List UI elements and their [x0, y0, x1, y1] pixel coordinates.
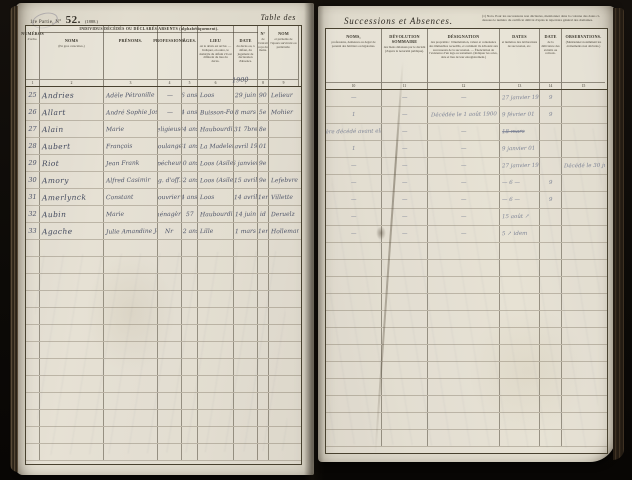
column-number: 9 — [269, 79, 298, 86]
cell — [234, 393, 258, 409]
cell — [500, 294, 540, 310]
cell: Aubin — [40, 206, 104, 222]
cell: Marie — [104, 206, 158, 222]
column-header: DATESet numéros des déclarations de succ… — [500, 29, 540, 89]
column-number: 10 — [326, 82, 381, 89]
cell — [258, 359, 269, 375]
cell — [326, 362, 382, 378]
edition-year: (1888.) — [85, 19, 98, 24]
cell — [540, 379, 562, 395]
handwritten-entry: — — [402, 231, 408, 237]
cell — [382, 311, 428, 327]
cell: 9 février 01 — [500, 107, 540, 123]
column-number: 12 — [428, 82, 499, 89]
cell — [40, 274, 104, 290]
cell: 8e — [258, 121, 269, 137]
handwritten-entry: — 6 — — [502, 197, 520, 203]
handwritten-entry: 31 — [28, 193, 36, 201]
handwritten-entry: Agache — [42, 226, 73, 236]
cell — [158, 376, 182, 392]
cell: 14 avril — [234, 189, 258, 205]
cell — [40, 257, 104, 273]
cell: 18 mars — [500, 124, 540, 140]
handwritten-entry: 28 — [28, 142, 36, 150]
cell: Nr — [158, 223, 182, 239]
handwritten-entry: — — [461, 146, 467, 152]
cell: — — [382, 209, 428, 225]
cell: 30 — [26, 172, 40, 188]
cell — [326, 379, 382, 395]
cell — [382, 294, 428, 310]
cell: 6 janvier — [234, 155, 258, 171]
handwritten-entry: père décédé avant elle — [326, 128, 382, 135]
cell — [26, 325, 40, 341]
handwritten-entry: Nr — [165, 227, 173, 234]
column-header: DATEde la délivrance des extraits ou ren… — [540, 29, 562, 89]
handwritten-entry: Jean Frank — [106, 159, 140, 167]
column-number: 6 — [198, 79, 233, 86]
cell — [258, 240, 269, 256]
cell — [428, 294, 500, 310]
table-row: père décédé avant elle——18 mars — [326, 124, 607, 141]
cell — [326, 328, 382, 344]
cell: 9e — [258, 172, 269, 188]
cell: 15 avril — [234, 172, 258, 188]
cell — [269, 376, 299, 392]
cell: 27 janvier 1901 — [500, 158, 540, 174]
handwritten-entry: Haubourdin — [200, 210, 234, 218]
handwritten-entry: 8 mars — [235, 108, 256, 115]
column-sublabel: (Mentionner notamment les événements non… — [562, 40, 605, 49]
cell — [182, 444, 198, 460]
cell — [182, 240, 198, 256]
cell: 4 ans — [182, 189, 198, 205]
handwritten-entry: Buisson-Fontaine — [200, 108, 234, 116]
handwritten-entry: 5e — [259, 108, 267, 115]
column-number: 3 — [104, 79, 157, 86]
handwritten-entry: 4 ans — [182, 193, 198, 200]
column-sublabel: de la délivrance des extraits ou renvois… — [540, 40, 561, 56]
masthead-left: 1re Partie, N° 52. (1888.) Table des — [30, 10, 308, 24]
title-right-fragment: Successions et Absences. — [344, 16, 453, 26]
cell: 32 — [26, 206, 40, 222]
handwritten-entry: g. d'off. — [158, 176, 181, 183]
cell: Julie Amandine Joseph — [104, 223, 158, 239]
cell — [40, 308, 104, 324]
cell — [540, 430, 562, 446]
handwritten-entry: 13 avril 1901 — [234, 142, 258, 150]
cell: 9 — [540, 107, 562, 123]
cell — [562, 107, 605, 123]
handwritten-entry: pécheur — [158, 159, 182, 167]
table-row: 27AlainMariereligieuse84 ansHaubourdin31… — [26, 121, 301, 138]
cell — [182, 359, 198, 375]
table-row: ———27 janvier 19019 — [326, 90, 607, 107]
cell: — — [158, 87, 182, 103]
cell: — — [382, 226, 428, 242]
handwritten-entry: — — [461, 95, 467, 101]
cell: Holleman — [269, 223, 299, 239]
handwritten-entry: 5 ↗ idem — [502, 231, 527, 237]
cell — [500, 311, 540, 327]
column-sublabel: de l'extrait reçu du maire. — [257, 37, 269, 53]
cell: 1 mars — [234, 223, 258, 239]
cell — [104, 308, 158, 324]
handwritten-entry: id — [260, 210, 266, 217]
cell — [428, 260, 500, 276]
table-row-empty — [326, 362, 607, 379]
table-row-empty — [26, 257, 301, 274]
cell — [562, 141, 605, 157]
cell — [562, 260, 605, 276]
cell: — — [326, 158, 382, 174]
table-row-empty — [326, 430, 607, 447]
handwritten-entry: religieuse — [158, 125, 182, 133]
handwritten-entry: 15 août ↗ — [502, 214, 530, 220]
column-label: ÂGES. — [183, 39, 196, 44]
cell — [40, 325, 104, 341]
cell: boulanger — [158, 138, 182, 154]
cell — [269, 325, 299, 341]
cell — [40, 291, 104, 307]
cell — [258, 308, 269, 324]
cell: 31 7bre — [234, 121, 258, 137]
cell — [198, 325, 234, 341]
cell — [382, 277, 428, 293]
column-header: PRÉNOMS.3 — [104, 26, 158, 86]
cell — [562, 192, 605, 208]
cell — [562, 379, 605, 395]
cell — [104, 427, 158, 443]
cell — [326, 260, 382, 276]
handwritten-entry: Aubin — [42, 209, 66, 218]
cell — [198, 393, 234, 409]
cell — [326, 294, 382, 310]
cell — [198, 359, 234, 375]
cell — [40, 444, 104, 460]
cell — [234, 342, 258, 358]
cell — [562, 226, 605, 242]
cell: 29 juin — [234, 87, 258, 103]
cell: — — [382, 158, 428, 174]
handwritten-entry: 61 ans — [182, 142, 198, 149]
handwritten-entry: 9 février 01 — [502, 112, 535, 119]
table-row: ———5 ↗ idem — [326, 226, 607, 243]
cell — [234, 291, 258, 307]
cell: 27 — [26, 121, 40, 137]
page-stack-edge-left — [10, 6, 18, 472]
cell — [104, 410, 158, 426]
cell: Alfred Casimir — [104, 172, 158, 188]
cell: Amory — [40, 172, 104, 188]
cell — [428, 362, 500, 378]
column-label: DÉVOLUTION SOMMAIRE — [382, 35, 427, 45]
cell — [198, 240, 234, 256]
handwritten-entry: — — [461, 163, 467, 169]
table-row: 28AubertFrançoisboulanger61 ansLa Madele… — [26, 138, 301, 155]
handwritten-entry: Adèle Pétronille — [106, 91, 155, 99]
cell: 9e — [258, 155, 269, 171]
table-row-empty — [326, 345, 607, 362]
handwritten-entry: — — [461, 231, 467, 237]
cell: 15 août ↗ — [500, 209, 540, 225]
cell — [182, 427, 198, 443]
cell — [182, 257, 198, 273]
table-header: NUMÉROSd'ordre.1NOMS(En gros caractères.… — [26, 26, 301, 87]
column-number: 13 — [500, 82, 539, 89]
handwritten-entry: 4 ans — [182, 108, 198, 115]
handwritten-entry: — — [461, 197, 467, 203]
cell — [326, 311, 382, 327]
column-number: 1 — [26, 79, 39, 86]
handwritten-entry: 29 juin — [235, 91, 256, 98]
handwritten-entry: Décédé le 30 juin 1901 — [564, 162, 605, 169]
cell — [258, 376, 269, 392]
cell — [40, 342, 104, 358]
cell: — — [428, 192, 500, 208]
cell: Constant — [104, 189, 158, 205]
register-page-right: Successions et Absences. (1) Nota. Pour … — [318, 6, 616, 462]
column-sublabel: et numéros des déclarations de successio… — [500, 40, 539, 49]
cell: 90 — [258, 87, 269, 103]
cell: 28 — [26, 138, 40, 154]
handwritten-entry: Haubourdin — [200, 125, 234, 133]
handwritten-entry: Lefebvre — [271, 176, 298, 184]
table-row-empty — [326, 311, 607, 328]
cell — [500, 396, 540, 412]
cell: Andries — [40, 87, 104, 103]
column-number: 11 — [382, 82, 427, 89]
cell — [562, 328, 605, 344]
cell: ouvrier — [158, 189, 182, 205]
cell — [198, 444, 234, 460]
right-table: NOMS,professions, demeures ou degré de p… — [325, 28, 608, 454]
handwritten-entry: 8e — [259, 125, 267, 132]
cell — [269, 410, 299, 426]
cell — [158, 393, 182, 409]
cell — [258, 291, 269, 307]
cell: — 6 — — [500, 175, 540, 191]
cell — [562, 396, 605, 412]
cell — [269, 138, 299, 154]
cell — [500, 430, 540, 446]
cell — [382, 430, 428, 446]
cell — [500, 243, 540, 259]
cell — [540, 243, 562, 259]
handwritten-entry: — — [402, 197, 408, 203]
cell: Villette — [269, 189, 299, 205]
cell — [258, 257, 269, 273]
handwritten-entry: 33 — [28, 227, 36, 235]
handwritten-entry: — 6 — — [502, 180, 520, 186]
cell: 29 — [26, 155, 40, 171]
cell: Adèle Pétronille — [104, 87, 158, 103]
cell: Amerlynck — [40, 189, 104, 205]
table-row: 32AubinMarieménagère57Haubourdin14 juini… — [26, 206, 301, 223]
handwritten-entry: 42 ans — [182, 227, 198, 234]
cell: 40 ans — [182, 155, 198, 171]
handwritten-entry: 29 — [28, 159, 36, 167]
cell — [562, 124, 605, 140]
cell — [562, 209, 605, 225]
column-header: NOMS(En gros caractères.)2 — [40, 26, 104, 86]
handwritten-entry: Alain — [42, 124, 64, 133]
handwritten-entry: Loos (Asile) — [200, 159, 234, 167]
handwritten-entry: 9 janvier 01 — [502, 146, 535, 153]
handwritten-entry: — — [351, 231, 357, 237]
column-number: 15 — [562, 82, 605, 89]
cell — [562, 243, 605, 259]
cell: — — [326, 90, 382, 106]
column-sublabel: où le décès est arrivé. — Indiquer, en o… — [198, 44, 233, 64]
cell — [198, 291, 234, 307]
cell: — — [428, 158, 500, 174]
cell: — — [382, 107, 428, 123]
cell — [382, 260, 428, 276]
cell — [26, 342, 40, 358]
cell — [500, 277, 540, 293]
cell — [540, 362, 562, 378]
cell: 9 janvier 01 — [500, 141, 540, 157]
table-row: 25AndriesAdèle Pétronille—6 ansLoos29 ju… — [26, 87, 301, 104]
cell: — — [428, 209, 500, 225]
cell — [269, 359, 299, 375]
cell — [326, 277, 382, 293]
cell — [198, 342, 234, 358]
handwritten-entry: 40 ans — [182, 159, 198, 166]
cell: — — [382, 175, 428, 191]
cell: 27 janvier 1901 — [500, 90, 540, 106]
cell — [428, 430, 500, 446]
table-row-empty — [326, 413, 607, 430]
handwritten-entry: 1er — [258, 193, 268, 200]
handwritten-entry: 9e — [259, 176, 267, 183]
handwritten-entry: — — [351, 197, 357, 203]
handwritten-entry: Allart — [42, 107, 66, 116]
cell — [158, 444, 182, 460]
cell — [500, 413, 540, 429]
table-row-empty — [326, 396, 607, 413]
handwritten-entry: — — [166, 108, 172, 115]
handwritten-entry: Andries — [42, 90, 74, 100]
column-header: NOMet prénoms de l'époux survivant ou pr… — [269, 26, 299, 86]
cell: La Madeleine — [198, 138, 234, 154]
cell: 1er — [258, 189, 269, 205]
cell — [182, 291, 198, 307]
cell — [198, 410, 234, 426]
cell — [500, 345, 540, 361]
cell — [198, 376, 234, 392]
scanned-register-photo: { "document": { "part_label": "1re Parti… — [0, 0, 632, 480]
table-row: 33AgacheJulie Amandine JosephNr42 ansLil… — [26, 223, 301, 240]
cell — [562, 345, 605, 361]
cell — [258, 274, 269, 290]
cell: Marie — [104, 121, 158, 137]
column-number: 5 — [182, 79, 197, 86]
printed-nota: (1) Nota. Pour les successions non décla… — [482, 14, 600, 23]
table-row-empty — [26, 444, 301, 461]
cell — [540, 294, 562, 310]
cell — [258, 444, 269, 460]
handwritten-entry: 15 avril — [234, 176, 257, 183]
cell: père décédé avant elle — [326, 124, 382, 140]
table-row: 1—Décédée le 1 août 19009 février 019 — [326, 107, 607, 124]
handwritten-entry: Julie Amandine Joseph — [106, 227, 158, 235]
cell: — — [382, 124, 428, 140]
cell: Mohier — [269, 104, 299, 120]
table-row-empty — [26, 427, 301, 444]
cell: 9 — [540, 175, 562, 191]
cell — [269, 155, 299, 171]
cell — [234, 308, 258, 324]
cell: 9 — [540, 192, 562, 208]
handwritten-entry: 52 ans — [182, 176, 198, 183]
cell: 57 — [182, 206, 198, 222]
table-row-empty — [326, 328, 607, 345]
cell: — — [382, 90, 428, 106]
cell: 33 — [26, 223, 40, 239]
table-row-empty — [326, 277, 607, 294]
table-row-empty — [326, 294, 607, 311]
handwritten-entry: 6 janvier — [234, 159, 258, 167]
handwritten-entry: Amerlynck — [42, 192, 87, 202]
handwritten-entry: 30 — [28, 176, 36, 184]
handwritten-entry: 6 ans — [182, 91, 198, 98]
cell: Buisson-Fontaine — [198, 104, 234, 120]
cell — [26, 291, 40, 307]
cell — [269, 427, 299, 443]
handwritten-entry: François — [106, 142, 133, 150]
cell — [182, 308, 198, 324]
cell: — 6 — — [500, 192, 540, 208]
cell: — — [428, 226, 500, 242]
cell: 61 ans — [182, 138, 198, 154]
cell — [428, 345, 500, 361]
cell: — — [326, 209, 382, 225]
table-row-empty — [26, 410, 301, 427]
cell — [104, 240, 158, 256]
cell — [500, 328, 540, 344]
cell — [104, 342, 158, 358]
handwritten-entry: 31 7bre — [234, 125, 257, 132]
cell — [562, 277, 605, 293]
table-row: 29RiotJean Frankpécheur40 ansLoos (Asile… — [26, 155, 301, 172]
cell — [269, 257, 299, 273]
cell: Lefebvre — [269, 172, 299, 188]
cell: 9 — [540, 90, 562, 106]
cell — [382, 396, 428, 412]
cell: Loos (Asile) — [198, 155, 234, 171]
cell — [562, 294, 605, 310]
cell — [562, 311, 605, 327]
cell — [540, 260, 562, 276]
cell — [269, 240, 299, 256]
cell: Lille — [198, 223, 234, 239]
cell: 5e — [258, 104, 269, 120]
handwritten-entry: 18 mars — [502, 129, 525, 135]
cell — [540, 396, 562, 412]
cell — [40, 240, 104, 256]
cell — [428, 379, 500, 395]
cell: — — [382, 141, 428, 157]
cell: — — [326, 226, 382, 242]
cell: 26 — [26, 104, 40, 120]
cell — [428, 243, 500, 259]
cell — [234, 257, 258, 273]
cell — [158, 240, 182, 256]
table-row: ———27 janvier 1901Décédé le 30 juin 1901 — [326, 158, 607, 175]
cell — [540, 209, 562, 225]
